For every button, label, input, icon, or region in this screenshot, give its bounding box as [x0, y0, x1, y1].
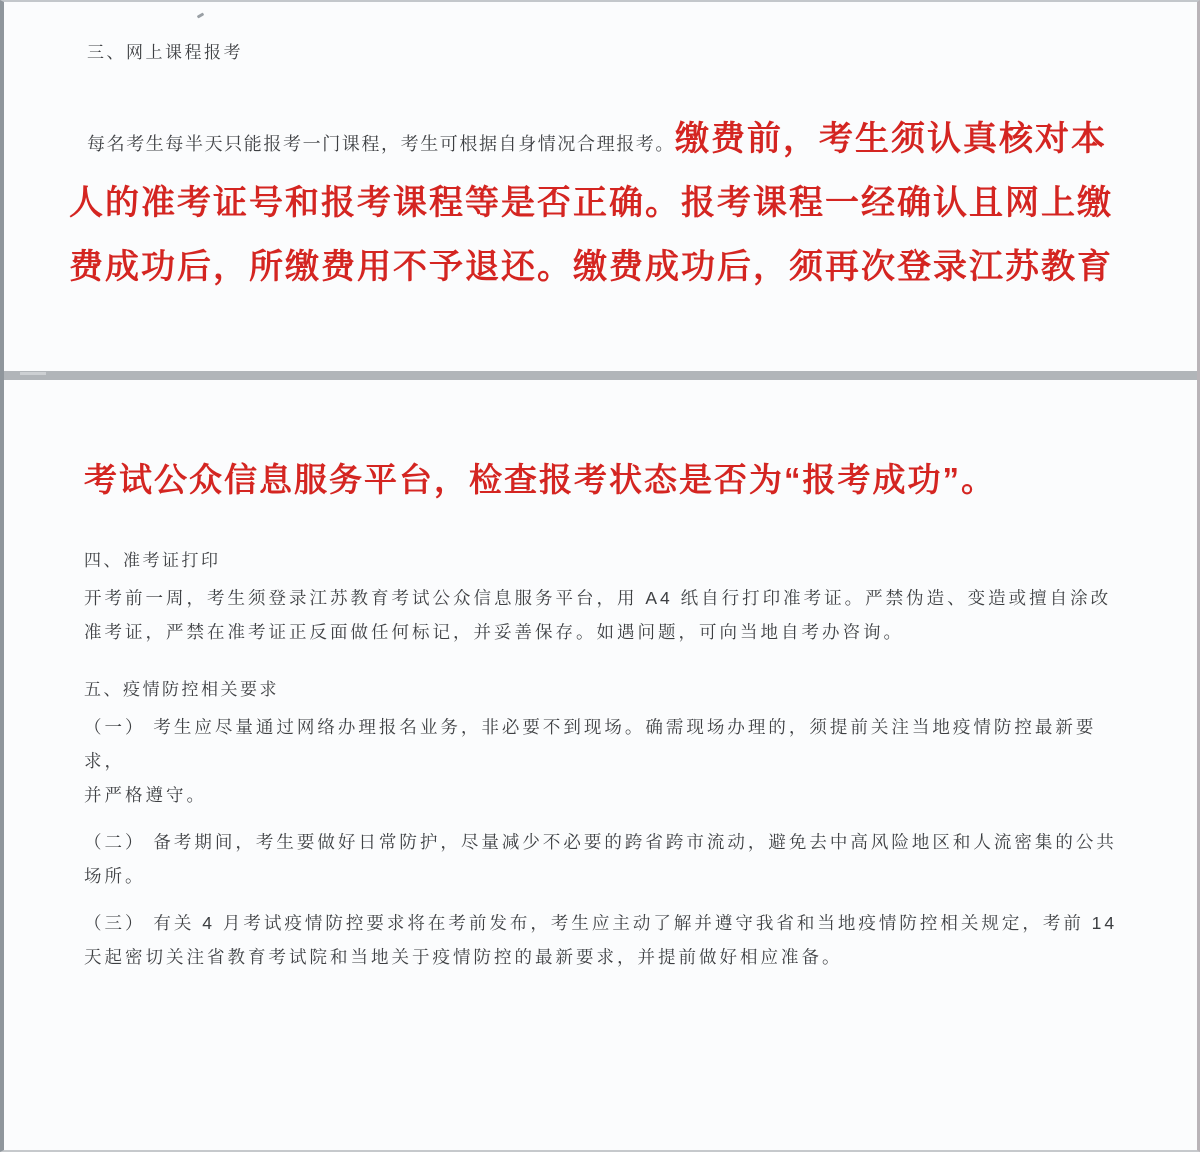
page-divider [4, 371, 1197, 380]
paragraph-line: 场所。 [84, 859, 1131, 893]
paragraph-line: 开考前一周，考生须登录江苏教育考试公众信息服务平台，用 A4 纸自行打印准考证。… [84, 581, 1131, 615]
divider-notch [20, 372, 46, 375]
section-5: 五、疫情防控相关要求 （一） 考生应尽量通过网络办理报名业务，非必要不到现场。确… [84, 675, 1131, 974]
red-notice-continuation: 考试公众信息服务平台，检查报考状态是否为“报考成功”。 [84, 458, 1131, 502]
red-notice-line-3: 费成功后，所缴费用不予退还。缴费成功后，须再次登录江苏教育 [69, 235, 1131, 299]
paragraph-line: （二） 备考期间，考生要做好日常防护，尽量减少不必要的跨省跨市流动，避免去中高风… [84, 825, 1131, 859]
intro-text: 每名考生每半天只能报考一门课程，考生可根据自身情况合理报考。 [87, 127, 675, 161]
scan-speck [197, 12, 205, 18]
section-5-item-2: （二） 备考期间，考生要做好日常防护，尽量减少不必要的跨省跨市流动，避免去中高风… [84, 825, 1131, 893]
paragraph-line: （一） 考生应尽量通过网络办理报名业务，非必要不到现场。确需现场办理的，须提前关… [84, 710, 1131, 778]
section-5-item-1: （一） 考生应尽量通过网络办理报名业务，非必要不到现场。确需现场办理的，须提前关… [84, 710, 1131, 812]
section-5-item-3: （三） 有关 4 月考试疫情防控要求将在考前发布，考生应主动了解并遵守我省和当地… [84, 906, 1131, 974]
paragraph-line: 并严格遵守。 [84, 778, 1131, 812]
section-5-heading: 五、疫情防控相关要求 [84, 675, 1131, 700]
paragraph-line: （三） 有关 4 月考试疫情防控要求将在考前发布，考生应主动了解并遵守我省和当地… [84, 906, 1131, 940]
red-notice-line-2: 人的准考证号和报考课程等是否正确。报考课程一经确认且网上缴 [69, 171, 1131, 235]
paragraph-line: 天起密切关注省教育考试院和当地关于疫情防控的最新要求，并提前做好相应准备。 [84, 940, 1131, 974]
section-4-heading: 四、准考证打印 [84, 546, 1131, 571]
page-1: 三、网上课程报考 每名考生每半天只能报考一门课程，考生可根据自身情况合理报考。缴… [4, 2, 1197, 371]
section-4: 四、准考证打印 开考前一周，考生须登录江苏教育考试公众信息服务平台，用 A4 纸… [84, 546, 1131, 649]
page-2: 考试公众信息服务平台，检查报考状态是否为“报考成功”。 四、准考证打印 开考前一… [4, 380, 1197, 1150]
red-notice-start: 缴费前，考生须认真核对本 [675, 107, 1107, 171]
paragraph-line: 准考证，严禁在准考证正反面做任何标记，并妥善保存。如遇问题，可向当地自考办咨询。 [84, 615, 1131, 649]
intro-line: 每名考生每半天只能报考一门课程，考生可根据自身情况合理报考。缴费前，考生须认真核… [87, 107, 1131, 171]
document-scan: 三、网上课程报考 每名考生每半天只能报考一门课程，考生可根据自身情况合理报考。缴… [0, 0, 1200, 1152]
section-3-heading: 三、网上课程报考 [87, 38, 1131, 63]
section-4-paragraph: 开考前一周，考生须登录江苏教育考试公众信息服务平台，用 A4 纸自行打印准考证。… [84, 581, 1131, 649]
